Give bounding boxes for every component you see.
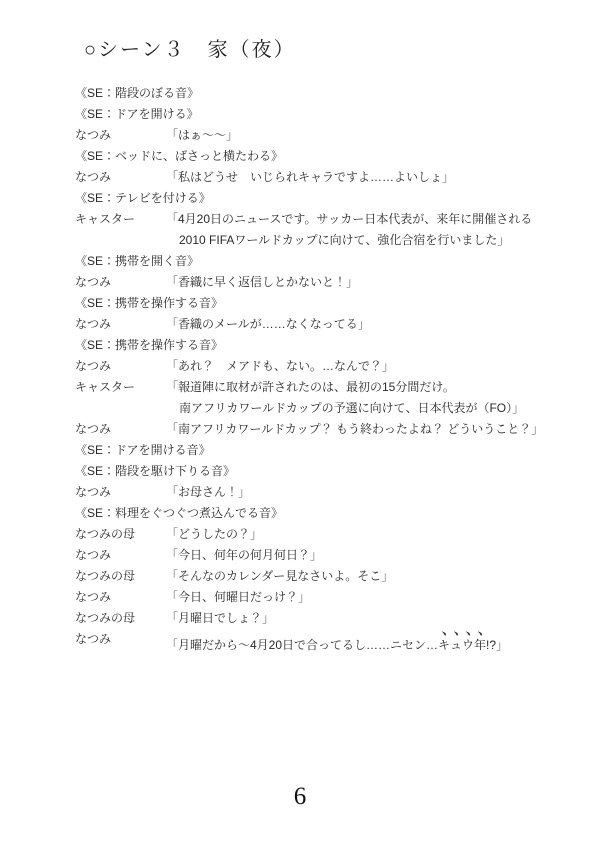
se-line: 《SE：携帯を操作する音》 bbox=[75, 293, 585, 314]
dialogue-line: なつみ「月曜だから～4月20日で合ってるし……ニセン…キュウ年!?」 bbox=[75, 629, 585, 650]
dialogue-line: なつみ「お母さん！」 bbox=[75, 482, 585, 503]
dialogue-text: 「4月20日のニュースです。サッカー日本代表が、来年に開催される bbox=[166, 209, 532, 230]
speaker-name: なつみの母 bbox=[75, 524, 166, 545]
speaker-name: なつみ bbox=[75, 545, 166, 566]
speaker-name bbox=[75, 230, 166, 251]
page-number: 6 bbox=[0, 783, 600, 811]
dialogue-line: キャスター「報道陣に取材が許されたのは、最初の15分間だけ。 bbox=[75, 377, 585, 398]
dialogue-line: なつみ「香織のメールが……なくなってる」 bbox=[75, 314, 585, 335]
script-page: ○シーン３ 家（夜） 《SE：階段のぼる音》《SE：ドアを開ける》なつみ「はぁ～… bbox=[0, 0, 600, 849]
se-line: 《SE：ドアを開ける》 bbox=[75, 104, 585, 125]
dialogue-text: 「はぁ～～」 bbox=[166, 125, 238, 146]
dialogue-text: 「お母さん！」 bbox=[166, 482, 250, 503]
scene-heading: ○シーン３ 家（夜） bbox=[84, 33, 296, 62]
dialogue-line: なつみ「はぁ～～」 bbox=[75, 125, 585, 146]
speaker-name: なつみ bbox=[75, 419, 166, 440]
dialogue-text: 「南アフリカワールドカップ？ もう終わったよね？ どういうこと？」 bbox=[166, 419, 543, 440]
se-line: 《SE：ベッドに、ばさっと横たわる》 bbox=[75, 146, 585, 167]
se-line: 《SE：ドアを開ける音》 bbox=[75, 440, 585, 461]
dialogue-text-continued: 2010 FIFAワールドカップに向けて、強化合宿を行いました」 bbox=[166, 230, 509, 251]
dialogue-line: なつみの母「月曜日でしょ？」 bbox=[75, 608, 585, 629]
dialogue-line: キャスター「4月20日のニュースです。サッカー日本代表が、来年に開催される bbox=[75, 209, 585, 230]
sound-effect-text: 《SE：ドアを開ける音》 bbox=[75, 440, 211, 461]
dialogue-line: なつみの母「そんなのカレンダー見なさいよ。そこ」 bbox=[75, 566, 585, 587]
speaker-name bbox=[75, 398, 166, 419]
dialogue-line: なつみ「香織に早く返信しとかないと！」 bbox=[75, 272, 585, 293]
dialogue-text: 「月曜日でしょ？」 bbox=[166, 608, 274, 629]
sound-effect-text: 《SE：テレビを付ける》 bbox=[75, 188, 211, 209]
dialogue-text-part: 「月曜だから～4月20日で合ってるし……ニセン… bbox=[166, 638, 438, 652]
sound-effect-text: 《SE：階段のぼる音》 bbox=[75, 83, 199, 104]
dialogue-text: 「香織に早く返信しとかないと！」 bbox=[166, 272, 358, 293]
se-line: 《SE：携帯を開く音》 bbox=[75, 251, 585, 272]
se-line: 《SE：階段のぼる音》 bbox=[75, 83, 585, 104]
dialogue-text: 「私はどうせ いじられキャラですよ……よいしょ」 bbox=[166, 167, 454, 188]
sound-effect-text: 《SE：ベッドに、ばさっと横たわる》 bbox=[75, 146, 283, 167]
emphasized-text: キュウ年 bbox=[438, 638, 486, 652]
speaker-name: なつみ bbox=[75, 482, 166, 503]
dialogue-text: 「報道陣に取材が許されたのは、最初の15分間だけ。 bbox=[166, 377, 455, 398]
script-body: 《SE：階段のぼる音》《SE：ドアを開ける》なつみ「はぁ～～」《SE：ベッドに、… bbox=[75, 83, 585, 650]
dialogue-text: 「どうしたの？」 bbox=[166, 524, 262, 545]
speaker-name: なつみの母 bbox=[75, 566, 166, 587]
dialogue-text: 「あれ？ メアドも、ない。…なんで？」 bbox=[166, 356, 394, 377]
dialogue-continuation-line: 2010 FIFAワールドカップに向けて、強化合宿を行いました」 bbox=[75, 230, 585, 251]
dialogue-line: なつみの母「どうしたの？」 bbox=[75, 524, 585, 545]
speaker-name: なつみ bbox=[75, 356, 166, 377]
dialogue-text-continued: 南アフリカワールドカップの予選に向けて、日本代表が（FO）」 bbox=[166, 398, 524, 419]
speaker-name: キャスター bbox=[75, 377, 166, 398]
sound-effect-text: 《SE：ドアを開ける》 bbox=[75, 104, 199, 125]
dialogue-continuation-line: 南アフリカワールドカップの予選に向けて、日本代表が（FO）」 bbox=[75, 398, 585, 419]
dialogue-line: なつみ「私はどうせ いじられキャラですよ……よいしょ」 bbox=[75, 167, 585, 188]
dialogue-line: なつみ「あれ？ メアドも、ない。…なんで？」 bbox=[75, 356, 585, 377]
se-line: 《SE：携帯を操作する音》 bbox=[75, 335, 585, 356]
speaker-name: なつみ bbox=[75, 314, 166, 335]
se-line: 《SE：料理をぐつぐつ煮込んでる音》 bbox=[75, 503, 585, 524]
sound-effect-text: 《SE：階段を駆け下りる音》 bbox=[75, 461, 235, 482]
speaker-name: キャスター bbox=[75, 209, 166, 230]
dialogue-line: なつみ「今日、何曜日だっけ？」 bbox=[75, 587, 585, 608]
dialogue-text: 「そんなのカレンダー見なさいよ。そこ」 bbox=[166, 566, 393, 587]
speaker-name: なつみ bbox=[75, 125, 166, 146]
dialogue-text: 「今日、何曜日だっけ？」 bbox=[166, 587, 310, 608]
dialogue-text: 「今日、何年の何月何日？」 bbox=[166, 545, 322, 566]
speaker-name: なつみ bbox=[75, 629, 166, 650]
dialogue-line: なつみ「今日、何年の何月何日？」 bbox=[75, 545, 585, 566]
speaker-name: なつみ bbox=[75, 167, 166, 188]
dialogue-text: 「月曜だから～4月20日で合ってるし……ニセン…キュウ年!?」 bbox=[166, 629, 508, 650]
dialogue-text: 「香織のメールが……なくなってる」 bbox=[166, 314, 370, 335]
speaker-name: なつみ bbox=[75, 272, 166, 293]
dialogue-line: なつみ「南アフリカワールドカップ？ もう終わったよね？ どういうこと？」 bbox=[75, 419, 585, 440]
sound-effect-text: 《SE：料理をぐつぐつ煮込んでる音》 bbox=[75, 503, 283, 524]
dialogue-text-part: !?」 bbox=[486, 638, 508, 652]
se-line: 《SE：テレビを付ける》 bbox=[75, 188, 585, 209]
speaker-name: なつみの母 bbox=[75, 608, 166, 629]
sound-effect-text: 《SE：携帯を開く音》 bbox=[75, 251, 199, 272]
se-line: 《SE：階段を駆け下りる音》 bbox=[75, 461, 585, 482]
sound-effect-text: 《SE：携帯を操作する音》 bbox=[75, 335, 223, 356]
speaker-name: なつみ bbox=[75, 587, 166, 608]
sound-effect-text: 《SE：携帯を操作する音》 bbox=[75, 293, 223, 314]
